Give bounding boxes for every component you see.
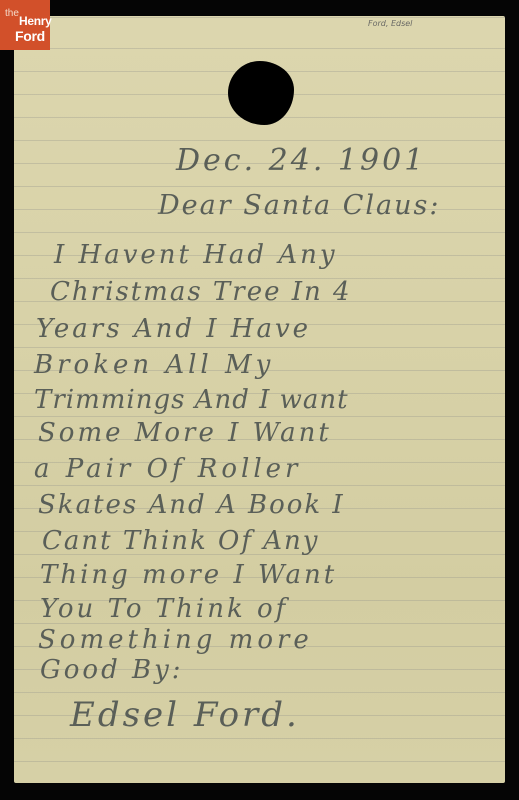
logo-text-henry: Henry bbox=[19, 14, 52, 28]
letter-line: Years And I Have bbox=[36, 314, 311, 344]
letter-line: Trimmings And I want bbox=[34, 385, 349, 415]
letter-line: Thing more I Want bbox=[40, 560, 337, 590]
letter-line: Something more bbox=[38, 625, 313, 655]
letter-signature: Edsel Ford. bbox=[70, 695, 300, 735]
letter-line: Broken All My bbox=[34, 350, 274, 380]
letter-line: Some More I Want bbox=[38, 418, 332, 448]
letter-line: Christmas Tree In 4 bbox=[50, 277, 352, 307]
letter-salutation: Dear Santa Claus: bbox=[158, 190, 440, 221]
logo-text-the: the bbox=[5, 8, 19, 19]
logo-text-ford: Ford bbox=[15, 28, 45, 44]
letter-line: a Pair Of Roller bbox=[34, 454, 301, 484]
letter-line: I Havent Had Any bbox=[54, 240, 338, 270]
punch-hole bbox=[228, 61, 294, 125]
letter-line: Cant Think Of Any bbox=[42, 526, 319, 556]
letter-line: You To Think of bbox=[40, 594, 288, 624]
letter-line: Good By: bbox=[40, 655, 184, 685]
henry-ford-logo: the Henry Ford bbox=[0, 0, 50, 50]
letter-date: Dec. 24. 1901 bbox=[176, 143, 426, 178]
letter-line: Skates And A Book I bbox=[38, 490, 345, 520]
catalog-note: Ford, Edsel bbox=[368, 19, 412, 28]
